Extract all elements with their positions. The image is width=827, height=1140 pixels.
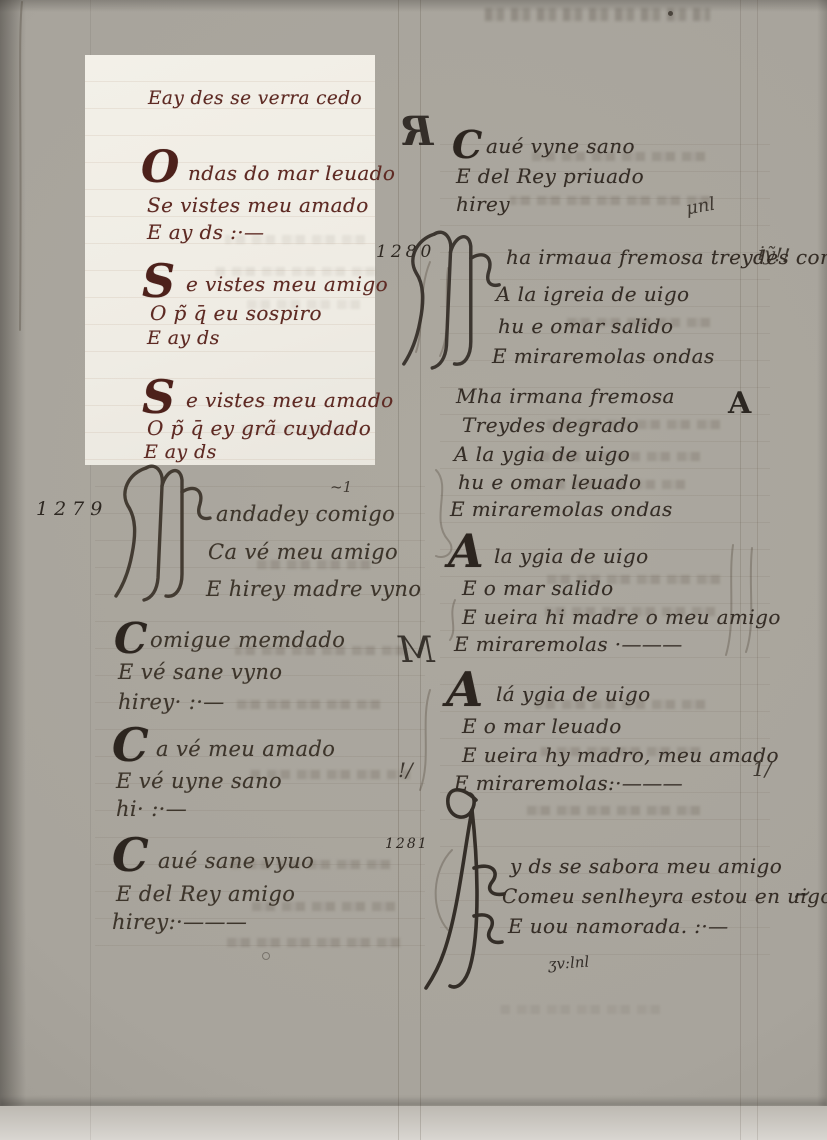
verse-line: lá ygia de uigo (496, 682, 651, 706)
verse-line: E ay ds (144, 441, 217, 463)
verse-line: andadey comigo (216, 502, 395, 526)
verse-line: A la ygia de uigo (454, 442, 630, 466)
stanza-initial-s: S (142, 374, 175, 420)
stanza-initial-c: C (114, 618, 147, 660)
verse-line: hirey· :·— (118, 690, 225, 714)
verse-line: hi· :·— (116, 797, 187, 821)
verse-line: Mha irmana fremosa (456, 384, 675, 408)
verse-line: E uou namorada. :·— (508, 914, 729, 938)
verse-line: e vistes meu amado (186, 388, 394, 412)
quire-mark: ʒv:lnl (547, 953, 589, 974)
verse-line: y ds se sabora meu amigo (510, 854, 782, 878)
verse-line: la ygia de uigo (494, 544, 649, 568)
pen-tick: ~1 (330, 478, 352, 496)
verse-line: e vistes meu amigo (186, 272, 388, 296)
cantiga-number-1279: 1279 (36, 498, 108, 520)
verse-line: E del Rey amigo (116, 882, 295, 906)
stanza-initial-c: C (452, 126, 482, 164)
faded-header-scribble (485, 8, 710, 21)
verse-line: E miraremolas ·——— (454, 632, 683, 656)
verse-line: A la igreia de uigo (496, 282, 689, 306)
verse-line: hu e omar salido (498, 314, 673, 338)
flourish-initial-a (424, 782, 514, 997)
verse-line: a vé meu amado (156, 737, 335, 761)
verse-line: E o mar salido (462, 576, 614, 600)
manuscript-page: Eay des se verra cedo O ndas do mar leua… (0, 0, 827, 1140)
cantiga-number-1281-left: 1281 (385, 836, 429, 852)
stanza-initial-c: C (112, 722, 149, 768)
stanza-initial-s: S (142, 258, 175, 304)
verse-line: Comeu senlheyra estou en uigo (502, 884, 827, 908)
pen-tick: !/ (398, 758, 413, 782)
flourish-initial-m (398, 228, 503, 370)
margin-letter-a: A (728, 386, 751, 421)
verse-line: E miraremolas ondas (492, 344, 715, 368)
showthrough-letter-r: R (400, 108, 433, 155)
verse-line: Eay des se verra cedo (148, 88, 362, 109)
verse-line: E miraremolas ondas (450, 497, 673, 521)
verse-line: Treydes degrado (462, 413, 639, 437)
ink-ring (262, 952, 270, 960)
stanza-initial-o: O (141, 146, 179, 190)
margin-note: iỹ!! (757, 243, 791, 268)
verse-line: Se vistes meu amado (147, 193, 369, 217)
stanza-initial-c: C (112, 832, 149, 878)
verse-line: omigue memdado (150, 628, 345, 652)
showthrough-letter-m: M (398, 630, 435, 671)
verse-line: O p̃ q̄ ey grã cuydado (147, 416, 371, 440)
verse-line: E ay ds :·— (147, 220, 264, 244)
verse-line: hirey (456, 192, 510, 216)
verse-line: ndas do mar leuado (188, 161, 395, 185)
verse-line: E o mar leuado (462, 714, 622, 738)
pen-tick: 1/ (752, 757, 771, 781)
flourish-initial-m (112, 462, 212, 602)
verse-line: Ca vé meu amigo (208, 540, 398, 564)
verse-line: E ueira hi madre o meu amigo (462, 605, 781, 629)
stanza-initial-a: A (448, 528, 484, 574)
verse-line: E vé sane vyno (118, 660, 282, 684)
verse-line: E vé uyne sano (116, 769, 282, 793)
ink-dot (668, 11, 673, 16)
verse-line: E hirey madre vyno (206, 577, 421, 601)
verse-line: E ueira hy madro, meu amado (462, 743, 779, 767)
verse-line: hirey:·——— (112, 910, 247, 934)
verse-line: aué vyne sano (486, 134, 635, 158)
verse-line: aué sane vyuo (158, 849, 314, 873)
verse-line: O p̃ q̄ eu sospiro (150, 301, 322, 325)
verse-line: E del Rey priuado (456, 164, 644, 188)
verse-line: hu e omar leuado (458, 470, 641, 494)
verse-line: E ay ds (147, 327, 220, 349)
stanza-initial-a: A (446, 666, 483, 714)
